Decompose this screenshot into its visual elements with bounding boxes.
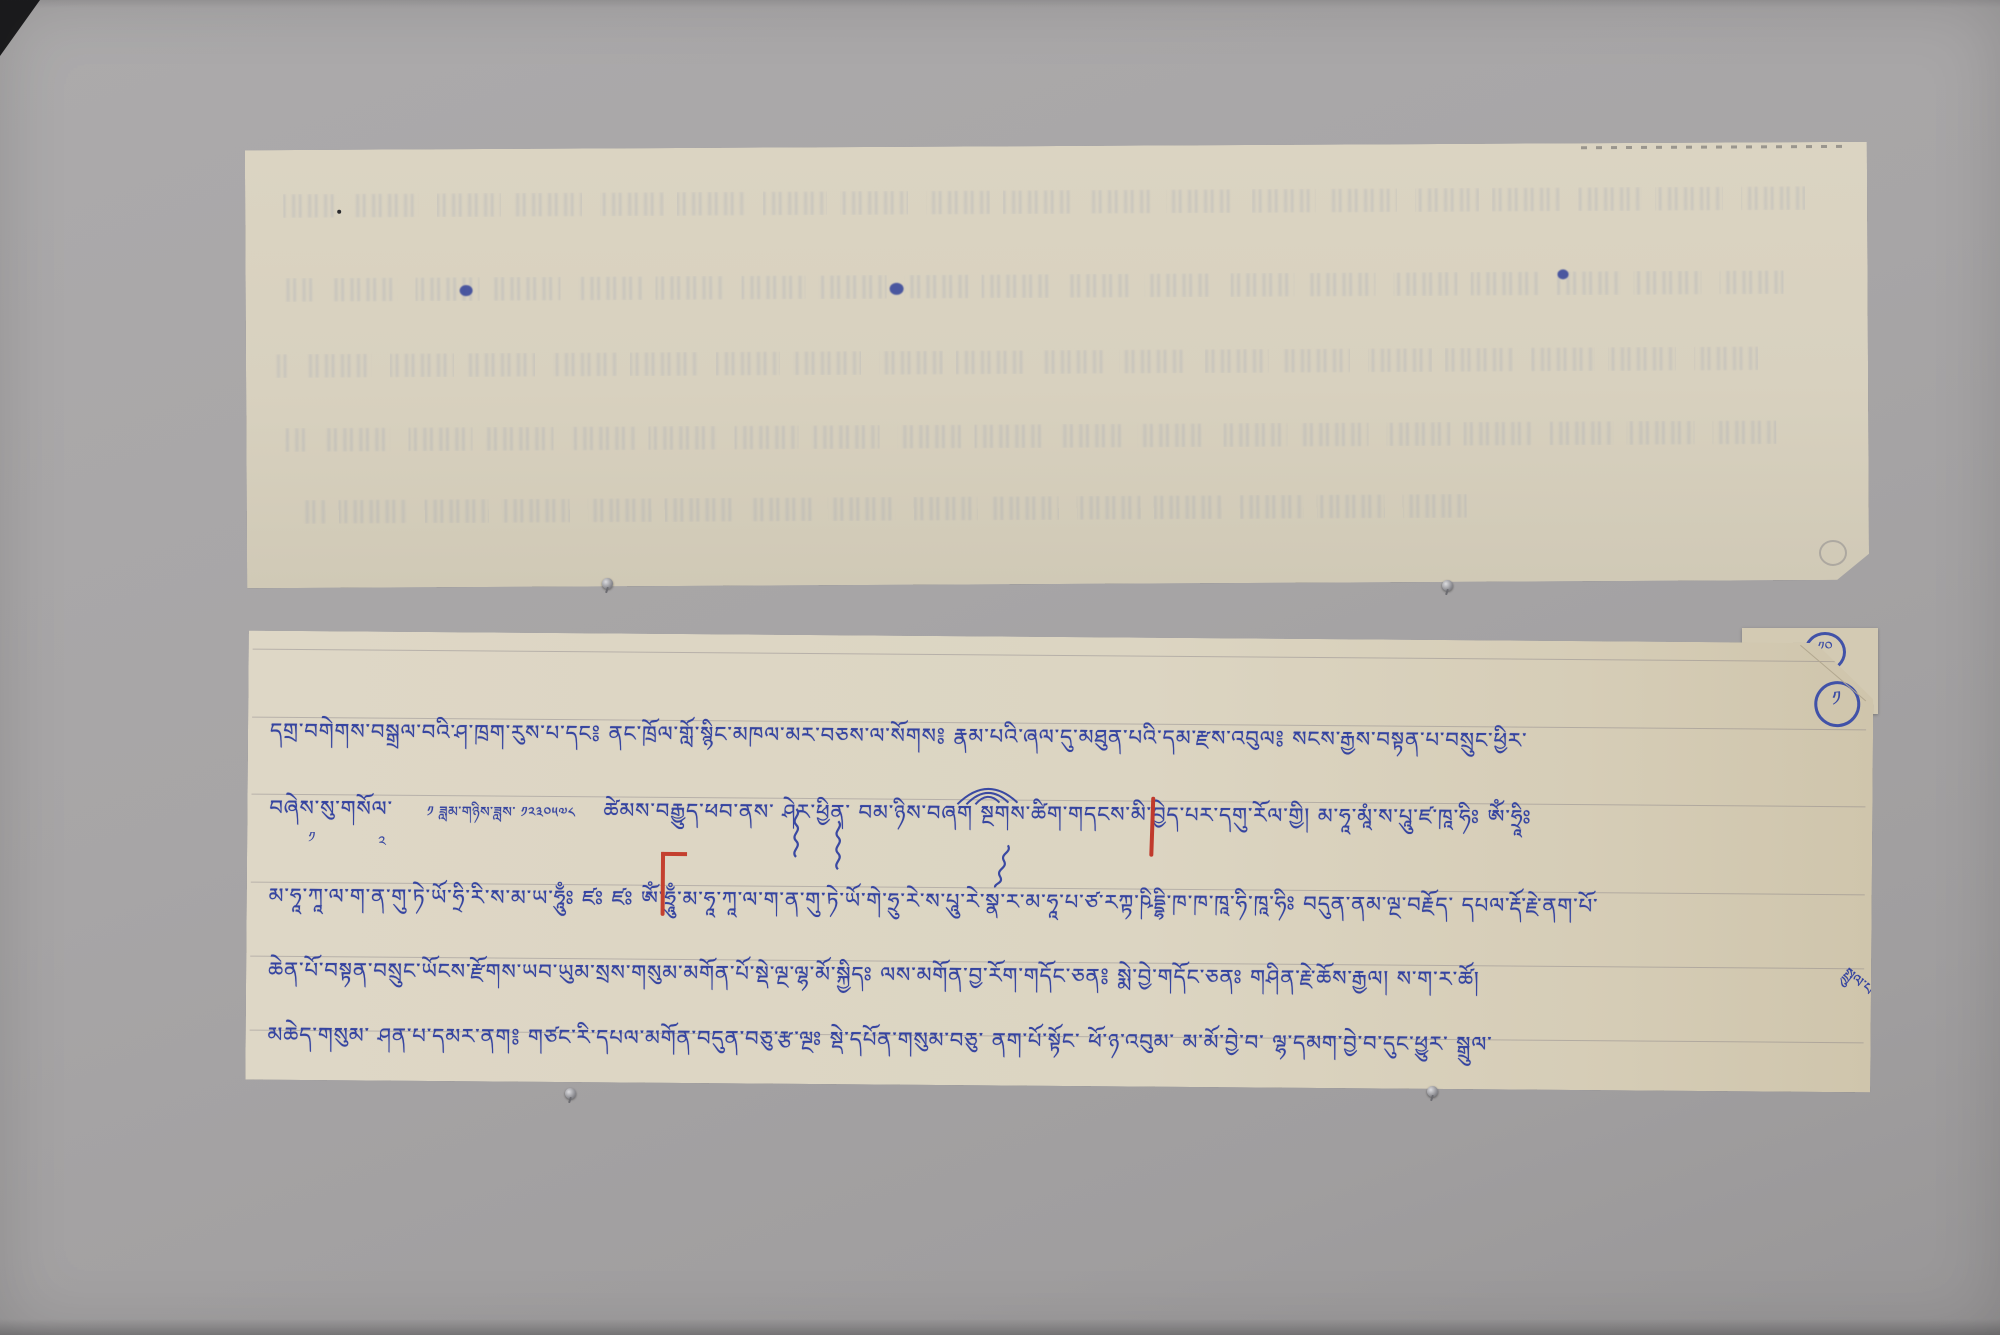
stitch-marks (1581, 145, 1849, 149)
manuscript-line-2-text: བཞེས་སུ་གསོལ་ (269, 796, 393, 821)
bleedthrough-line-4 (284, 420, 1776, 452)
ruled-line (253, 649, 1867, 663)
manuscript-line-4-text: ཆེན་པོ་བསྟན་བསྲུང་ཡོངས་རྫོགས་ཡབ་ཡུམ་སྲས་… (268, 958, 1480, 992)
flourish-mark-1 (789, 807, 803, 865)
circled-page-number-text: ༡ (1830, 676, 1845, 733)
line-2-small-annotation: ༡ ཟླམ་གཉིས་ཟླས་ ༡༢༣༠༥༧༨ (427, 804, 576, 821)
manuscript-line-3: མ་ཧཱ་ཀཱ་ལ་ག་ན་གུ་ཏེ་ཡོ་ཧྲི་རི་ས་མ་ཡ་ཧཱུྃ… (269, 874, 1855, 932)
paper-pin (565, 1088, 576, 1099)
manuscript-line-3-text: མ་ཧཱ་ཀཱ་ལ་ག་ན་གུ་ཏེ་ཡོ་ཧྲི་རི་ས་མ་ཡ་ཧཱུྃ… (269, 884, 1599, 918)
bleedthrough-line-5 (299, 494, 1467, 524)
paper-pin (1427, 1086, 1438, 1097)
ink-bleed-spot (1558, 269, 1569, 279)
bleedthrough-line-1 (283, 186, 1805, 218)
paper-pin (602, 578, 613, 589)
manuscript-line-2-text-cont: ཚེམས་བརྒྱུད་ཕབ་ནས་ ཤེར་ཕྱིན་ བམ་ཉིས་བཞག … (603, 798, 1531, 829)
verso-sheet (245, 142, 1869, 588)
manuscript-line-5-text: མཆེད་གསུམ་ ཤན་པ་དམར་ནག༔ གཙང་རི་དཔལ་མགོན་… (268, 1023, 1493, 1057)
red-insertion-bracket (661, 852, 666, 916)
paper-pin (1442, 580, 1453, 591)
photograph-background: ༡༠ དགྲ་བགེགས་བསྒྲལ་བའི་ཤ་ཁྲག་རུས་པ་དང༔ ན… (0, 0, 2000, 1335)
ink-bleed-spot (890, 283, 904, 295)
flourish-mark-2 (831, 819, 845, 877)
recto-sheet: དགྲ་བགེགས་བསྒྲལ་བའི་ཤ་ཁྲག་རུས་པ་དང༔ ནང་ཁ… (245, 631, 1873, 1093)
bleedthrough-line-3 (274, 346, 1758, 378)
flourish-mark-3 (953, 782, 1021, 811)
faint-circled-mark (1819, 540, 1847, 566)
manuscript-line-1: དགྲ་བགེགས་བསྒྲལ་བའི་ཤ་ཁྲག་རུས་པ་དང༔ ནང་ཁ… (270, 709, 1856, 767)
ink-speck (337, 210, 341, 214)
manuscript-line-2: བཞེས་སུ་གསོལ་༡ ཟླམ་གཉིས་ཟླས་ ༡༢༣༠༥༧༨ཚེམས… (269, 786, 1855, 844)
interlinear-digit-1: ༡ (308, 830, 315, 845)
photo-corner-shadow (0, 0, 40, 56)
manuscript-line-1-text: དགྲ་བགེགས་བསྒྲལ་བའི་ཤ་ཁྲག་རུས་པ་དང༔ ནང་ཁ… (270, 719, 1528, 753)
ink-bleed-spot (460, 285, 473, 296)
manuscript-line-5: མཆེད་གསུམ་ ཤན་པ་དམར་ནག༔ གཙང་རི་དཔལ་མགོན་… (267, 1013, 1853, 1071)
interlinear-digit-2: ༢ (378, 835, 386, 850)
manuscript-line-4: ཆེན་པོ་བསྟན་བསྲུང་ཡོངས་རྫོགས་ཡབ་ཡུམ་སྲས་… (268, 948, 1854, 1006)
